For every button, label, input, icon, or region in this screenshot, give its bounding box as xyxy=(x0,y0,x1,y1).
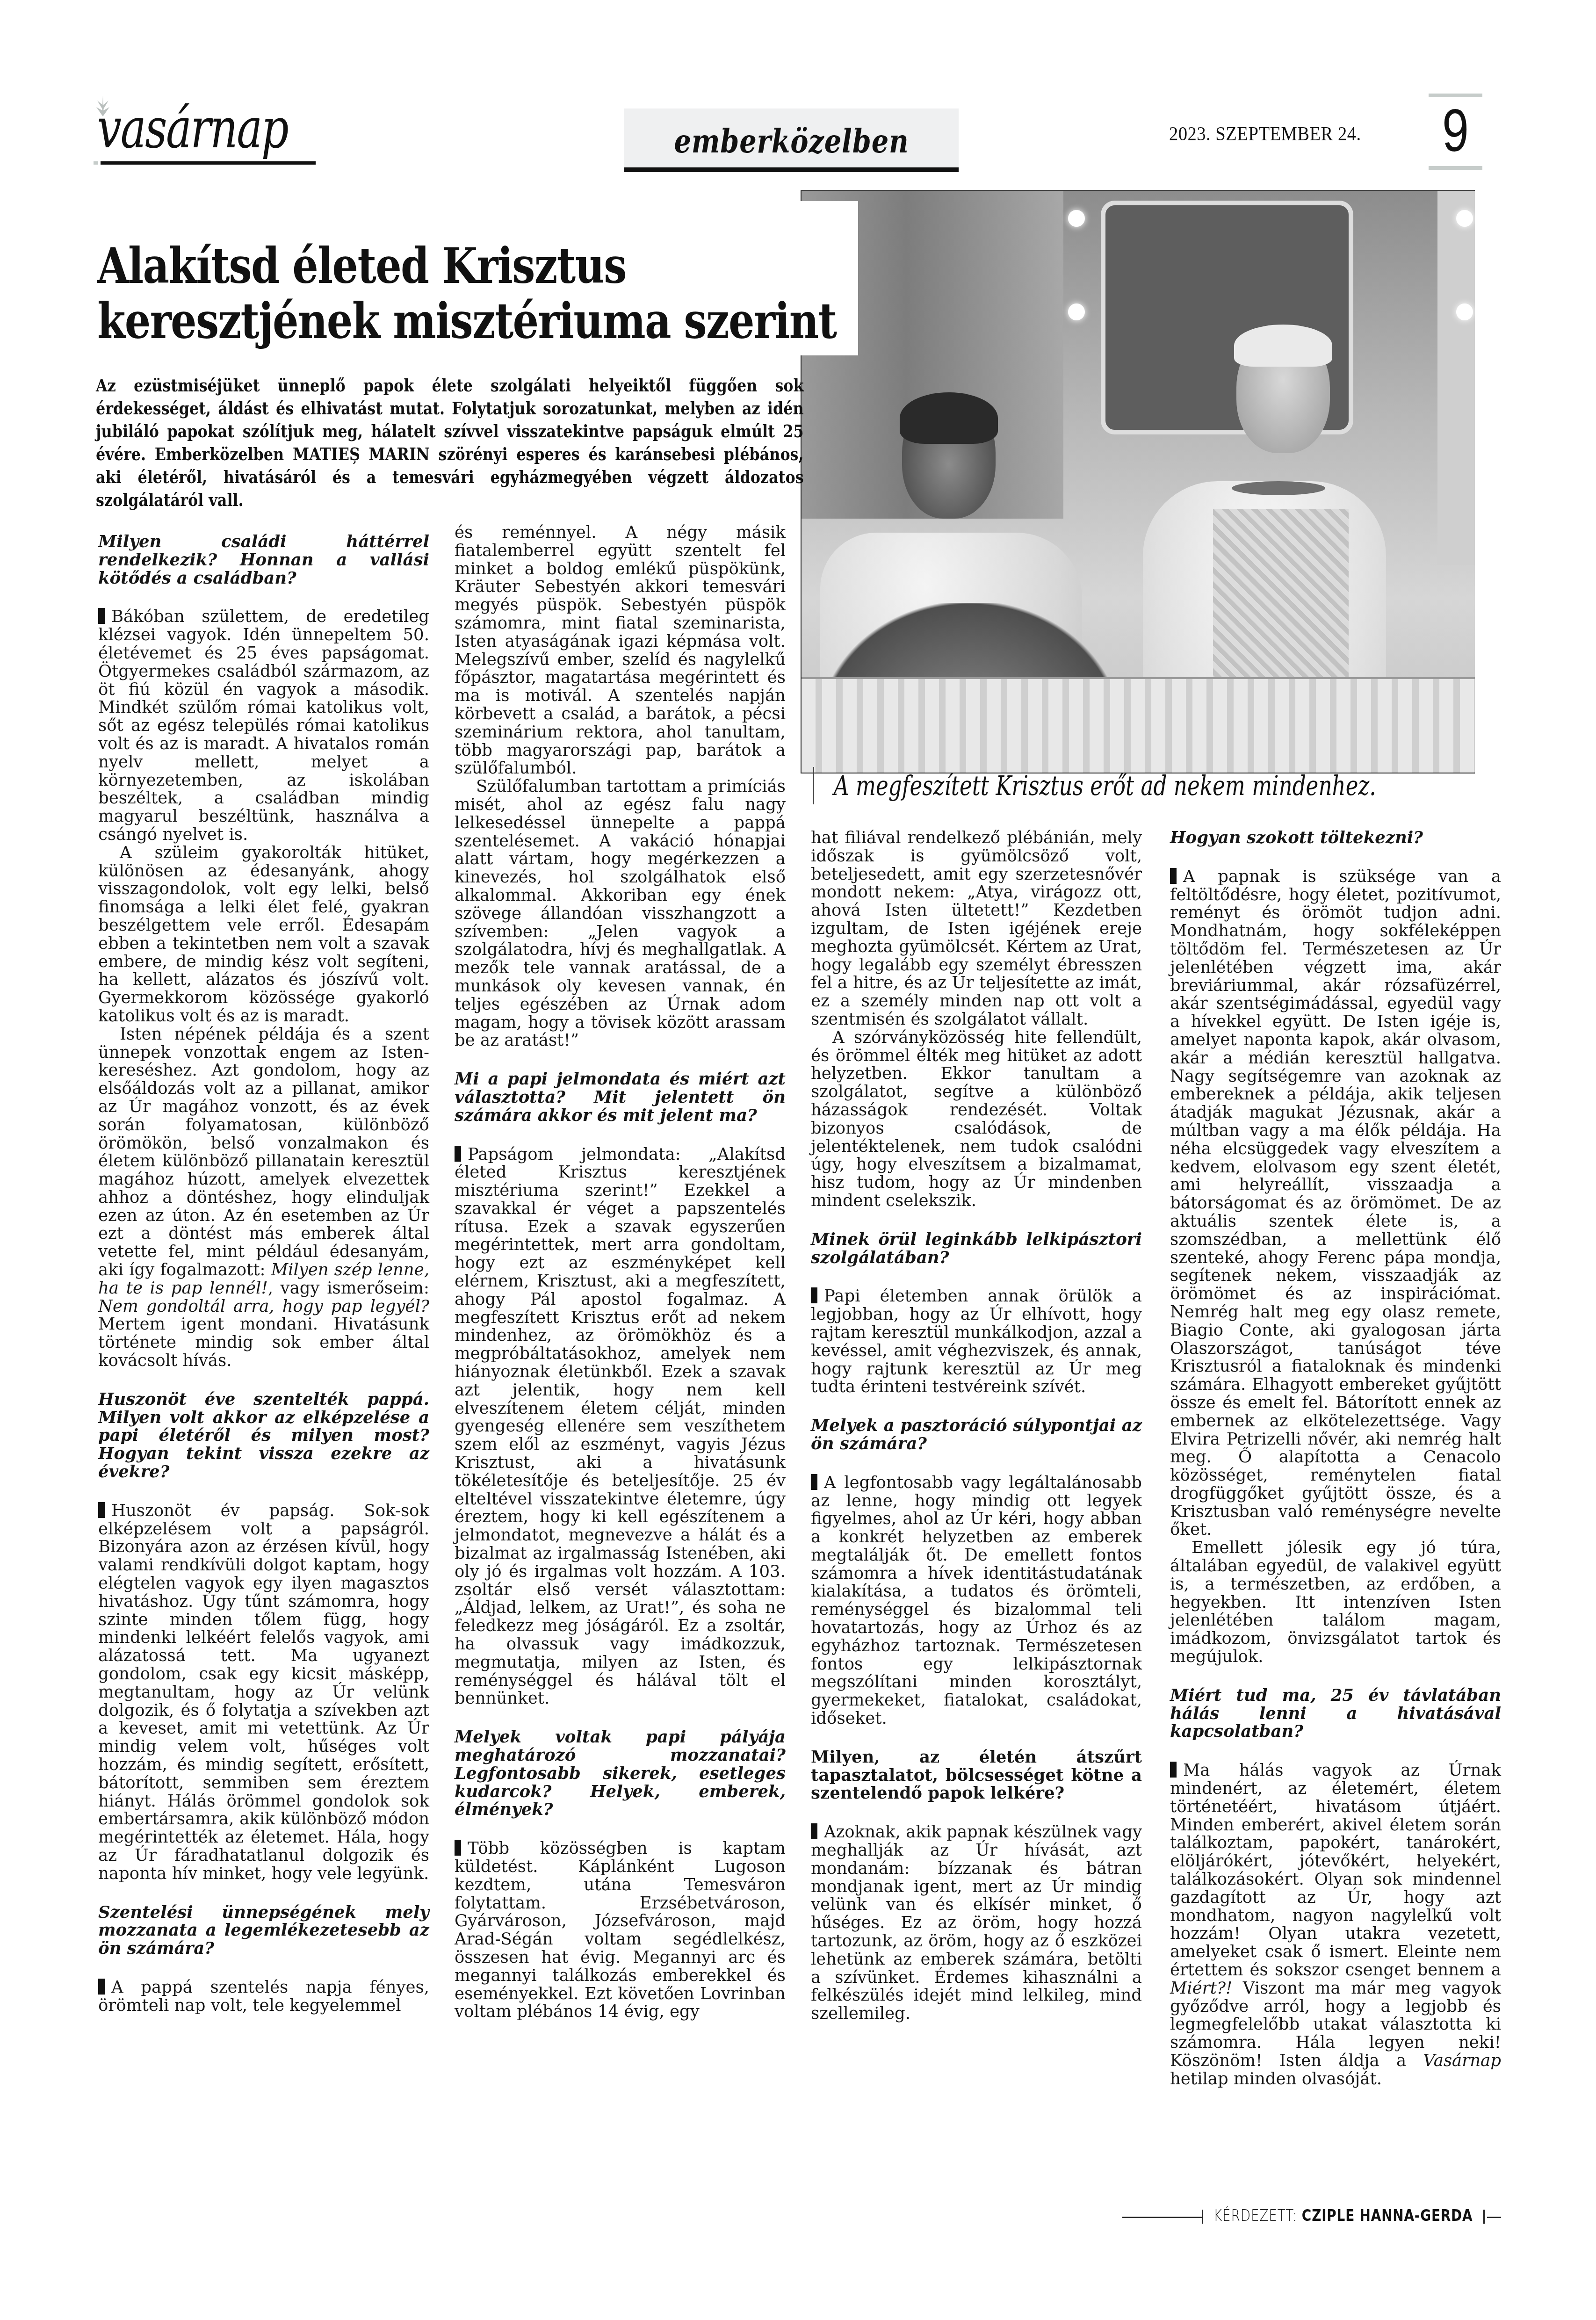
answer-text: Huszonöt év papság. Sok-sok elképzelésem… xyxy=(98,1501,429,1883)
article-headline: Alakítsd életed Krisztus keresztjének mi… xyxy=(97,239,855,349)
answer-text: Azoknak, akik papnak készülnek vagy megh… xyxy=(811,1822,1142,2023)
answer-paragraph: Szülőfalumban tartottam a primíciás misé… xyxy=(455,778,786,1050)
answer-paragraph: A szórványközösség hite fellendült, és ö… xyxy=(811,1029,1142,1210)
answer-text: Papságom jelmondata: „Alakítsd életed Kr… xyxy=(455,1145,786,1708)
interview-question: Miért tud ma, 25 év távlatában hálás len… xyxy=(1170,1687,1501,1741)
byline-rule-left xyxy=(1122,2217,1202,2218)
photo-caption: A megfeszített Krisztus erőt ad nekem mi… xyxy=(813,767,1529,804)
answer-marker-icon xyxy=(811,1287,817,1303)
spacer xyxy=(1170,1666,1501,1687)
article-column-2: és reménnyel. A négy másik fiatalemberre… xyxy=(455,524,786,2021)
photo-priest-hair xyxy=(1234,325,1332,367)
photo-wall-right xyxy=(1437,191,1475,565)
interview-answer: Bákóban születtem, de eredetileg klézsei… xyxy=(98,608,429,844)
page-number-rule-bottom xyxy=(1429,166,1482,170)
spacer xyxy=(98,1883,429,1904)
answer-marker-icon xyxy=(1170,1762,1177,1778)
interview-answer: Ma hálás vagyok az Úrnak mindenért, az é… xyxy=(1170,1762,1501,2088)
answer-text: A papnak is szüksége van a feltöltődésre… xyxy=(1170,867,1501,1539)
spacer xyxy=(455,1050,786,1070)
interview-question: Milyen családi háttérrel rendelkezik? Ho… xyxy=(98,533,429,587)
headline-line-1: Alakítsd életed Krisztus xyxy=(97,239,734,294)
byline-author: CZIPLE HANNA-GERDA xyxy=(1302,2206,1473,2225)
spacer xyxy=(811,1728,1142,1749)
interview-answer: Azoknak, akik papnak készülnek vagy megh… xyxy=(811,1823,1142,2023)
photo-altar-cloth xyxy=(802,677,1475,773)
answer-paragraph: Isten népének példája és a szent ünnepek… xyxy=(98,1026,429,1370)
answer-marker-icon xyxy=(98,1979,105,1995)
answer-text: , vagy ismerőseim: xyxy=(268,1279,429,1298)
logo-rule-accent xyxy=(94,161,98,165)
photo-caption-text: A megfeszített Krisztus erőt ad nekem mi… xyxy=(834,767,1376,804)
photo-paten xyxy=(1232,481,1325,495)
answer-marker-icon xyxy=(811,1823,817,1839)
section-label: emberközelben xyxy=(654,122,928,160)
byline: KÉRDEZETT: CZIPLE HANNA-GERDA xyxy=(1122,2198,1596,2235)
newspaper-name: Vasárnap xyxy=(1423,2051,1501,2070)
newspaper-logo[interactable]: vasárnap xyxy=(97,101,288,156)
quoted-text: Nem gondoltál arra, hogy pap legyél? xyxy=(98,1297,429,1316)
headline-line-2: keresztjének misztériuma szerint xyxy=(97,294,734,349)
answer-text: Papi életemben annak örülök a legjobban,… xyxy=(811,1286,1142,1396)
photo-lamp xyxy=(1068,210,1085,227)
interview-answer: Papi életemben annak örülök a legjobban,… xyxy=(811,1287,1142,1396)
interview-question: Minek örül leginkább lelkipásztori szolg… xyxy=(811,1231,1142,1267)
answer-marker-icon xyxy=(811,1474,817,1490)
logo-rule xyxy=(101,161,316,165)
interview-question: Szentelési ünnepségének mely mozzanata a… xyxy=(98,1904,429,1958)
photo-lamp xyxy=(1456,304,1473,320)
quoted-text: Miért?! xyxy=(1170,1979,1232,1998)
answer-continuation: hat filiával rendelkező plébánián, mely … xyxy=(811,829,1142,1029)
masthead: vasárnap xyxy=(94,96,346,166)
interview-question: Huszonöt éve szentelték pappá. Milyen vo… xyxy=(98,1391,429,1482)
answer-marker-icon xyxy=(455,1146,461,1162)
answer-text: Ma hálás vagyok az Úrnak mindenért, az é… xyxy=(1170,1761,1501,1980)
byline-text: KÉRDEZETT: CZIPLE HANNA-GERDA xyxy=(1213,2206,1473,2225)
spacer xyxy=(455,1708,786,1728)
issue-date: 2023. SZEPTEMBER 24. xyxy=(1169,123,1361,145)
photo-lamp xyxy=(1068,304,1085,320)
photo-lamp xyxy=(1456,210,1473,227)
interview-question: Mi a papi jelmondata és miért azt válasz… xyxy=(455,1070,786,1125)
photo-deacon-hair xyxy=(900,392,998,444)
answer-paragraph: A szüleim gyakorolták hitüket, különösen… xyxy=(98,844,429,1026)
answer-continuation: és reménnyel. A négy másik fiatalemberre… xyxy=(455,524,786,778)
article-photo xyxy=(801,190,1475,773)
interview-question: Melyek voltak papi pályája meghatározó m… xyxy=(455,1728,786,1819)
answer-paragraph: Emellett jólesik egy jó túra, általában … xyxy=(1170,1539,1501,1666)
answer-text: A pappá szentelés napja fényes, örömteli… xyxy=(98,1978,429,2015)
interview-answer: Több közösségben is kaptam küldetést. Ká… xyxy=(455,1840,786,2021)
article-column-4: Hogyan szokott töltekezni? A papnak is s… xyxy=(1170,829,1501,2089)
article-lead: Az ezüstmiséjüket ünneplő papok élete sz… xyxy=(96,374,807,512)
answer-text: Bákóban születtem, de eredetileg klézsei… xyxy=(98,607,429,844)
interview-question: Melyek a pasztoráció súlypontjai az ön s… xyxy=(811,1417,1142,1453)
section-underline xyxy=(624,167,959,172)
spacer xyxy=(98,1370,429,1391)
interview-answer: A papnak is szüksége van a feltöltődésre… xyxy=(1170,868,1501,1539)
answer-text: Isten népének példája és a szent ünnepek… xyxy=(98,1025,429,1279)
answer-text: hetilap minden olvasóját. xyxy=(1170,2069,1382,2089)
lead-text: Az ezüstmiséjüket ünneplő papok élete sz… xyxy=(96,374,804,512)
answer-text: Több közösségben is kaptam küldetést. Ká… xyxy=(455,1839,786,2021)
byline-tick-right xyxy=(1483,2210,1485,2224)
spacer xyxy=(811,1396,1142,1417)
spacer xyxy=(811,1210,1142,1231)
interview-answer: A pappá szentelés napja fényes, örömteli… xyxy=(98,1979,429,2015)
interview-answer: Papságom jelmondata: „Alakítsd életed Kr… xyxy=(455,1146,786,1708)
byline-tick-left xyxy=(1202,2210,1203,2224)
byline-rule-right xyxy=(1487,2217,1501,2218)
article-column-3: hat filiával rendelkező plébánián, mely … xyxy=(811,829,1142,2023)
answer-marker-icon xyxy=(98,608,105,624)
page-number: 9 xyxy=(1442,94,1469,168)
byline-label: KÉRDEZETT: xyxy=(1213,2206,1297,2225)
interview-answer: Huszonöt év papság. Sok-sok elképzelésem… xyxy=(98,1502,429,1883)
page-number-box: 9 xyxy=(1429,94,1482,168)
interview-question: Milyen, az életén átszűrt tapasztalatot,… xyxy=(811,1749,1142,1803)
section-label-box: emberközelben xyxy=(624,108,959,169)
article-column-1: Milyen családi háttérrel rendelkezik? Ho… xyxy=(98,533,429,2015)
answer-marker-icon xyxy=(1170,868,1177,884)
answer-marker-icon xyxy=(455,1840,461,1856)
answer-text: Mertem igent mondani. Hivatásunk történe… xyxy=(98,1315,429,1370)
answer-marker-icon xyxy=(98,1502,105,1518)
interview-answer: A legfontosabb vagy legáltalánosabb az l… xyxy=(811,1474,1142,1728)
interview-question: Hogyan szokott töltekezni? xyxy=(1170,829,1501,847)
answer-text: A legfontosabb vagy legáltalánosabb az l… xyxy=(811,1473,1142,1728)
